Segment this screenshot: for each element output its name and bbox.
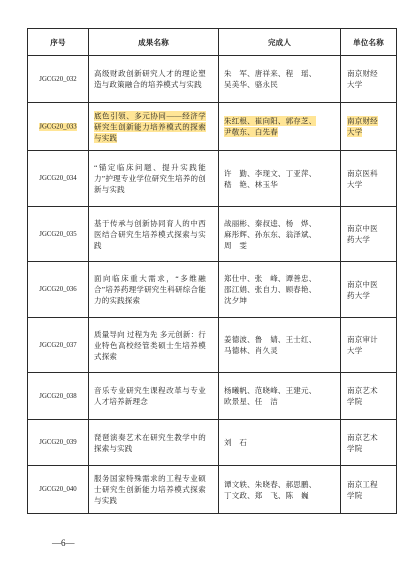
table-row: JGCG20_036 面向临床重大需求，“多维融合”培养药理学研究生科研综合能力… [28,262,397,318]
cell-title: 面向临床重大需求，“多维融合”培养药理学研究生科研综合能力的实践探索 [89,262,219,318]
cell-serial: JGCG20_036 [28,262,89,318]
table-row: JGCG20_038 音乐专业研究生课程改革与专业人才培养新理念 杨曦帆、范晓峰… [28,373,397,420]
cell-serial: JGCG20_034 [28,151,89,207]
cell-unit: 南京审计大学 [341,318,397,373]
table-row: JGCG20_034 “锚定临床问题、提升实践能力”护理专业学位研究生培养的创新… [28,151,397,207]
cell-serial: JGCG20_032 [28,56,89,103]
cell-unit: 南京艺术学院 [341,420,397,466]
cell-unit: 南京艺术学院 [341,373,397,420]
cell-title: “锚定临床问题、提升实践能力”护理专业学位研究生培养的创新与实践 [89,151,219,207]
cell-completers: 战丽彬、秦叔逵、杨 烨、麻彤辉、孙东东、翁泽斌、周 雯 [219,207,341,262]
table-row: JGCG20_039 琵琶演奏艺术在研究生教学中的探索与实践 刘 石 南京艺术学… [28,420,397,466]
table-row: JGCG20_040 服务国家特殊需求的工程专业硕士研究生创新能力培养模式探索与… [28,466,397,514]
cell-serial: JGCG20_038 [28,373,89,420]
cell-title: 底色引领、多元协同——经济学研究生创新能力培养模式的探索与实践 [89,103,219,151]
cell-serial: JGCG20_035 [28,207,89,262]
cell-unit: 南京财经大学 [341,103,397,151]
cell-serial: JGCG20_039 [28,420,89,466]
cell-unit: 南京中医药大学 [341,262,397,318]
cell-completers: 朱 军、唐祥来、程 瑶、吴美华、骆永民 [219,56,341,103]
col-header-serial-number: 序号 [28,29,89,56]
col-header-unit-name: 单位名称 [341,29,397,56]
cell-serial: JGCG20_037 [28,318,89,373]
cell-completers: 谭文轶、朱晓春、郝思鹏、丁文政、郑 飞、陈 巍 [219,466,341,514]
cell-completers: 杨曦帆、范晓峰、王建元、欧景星、任 洁 [219,373,341,420]
table-header-row: 序号 成果名称 完成人 单位名称 [28,29,397,56]
cell-serial: JGCG20_040 [28,466,89,514]
cell-title: 音乐专业研究生课程改革与专业人才培养新理念 [89,373,219,420]
results-table: 序号 成果名称 完成人 单位名称 JGCG20_032 高级财政创新研究人才的理… [27,28,397,514]
cell-unit: 南京工程学院 [341,466,397,514]
cell-title: 基于传承与创新协同育人的中西医结合研究生培养模式探索与实践 [89,207,219,262]
cell-serial: JGCG20_033 [28,103,89,151]
cell-unit: 南京财经大学 [341,56,397,103]
cell-title: 高级财政创新研究人才的理论塑造与政策融合的培养模式与实践 [89,56,219,103]
cell-title: 质量导向 过程为先 多元创新：行业特色高校经管类硕士生培养模式探索 [89,318,219,373]
page-number: —6— [52,538,75,548]
table-row: JGCG20_037 质量导向 过程为先 多元创新：行业特色高校经管类硕士生培养… [28,318,397,373]
cell-unit: 南京医科大学 [341,151,397,207]
document-page: 序号 成果名称 完成人 单位名称 JGCG20_032 高级财政创新研究人才的理… [0,0,416,566]
cell-completers: 许 勤、李现文、丁亚萍、嵇 艳、林玉华 [219,151,341,207]
cell-title: 服务国家特殊需求的工程专业硕士研究生创新能力培养模式探索与实践 [89,466,219,514]
cell-title: 琵琶演奏艺术在研究生教学中的探索与实践 [89,420,219,466]
cell-completers: 姜德波、鲁 婧、王士红、马德林、肖久灵 [219,318,341,373]
cell-completers: 朱红根、崔向阳、郭存芝、尹敬东、白先春 [219,103,341,151]
table-row: JGCG20_032 高级财政创新研究人才的理论塑造与政策融合的培养模式与实践 … [28,56,397,103]
cell-unit: 南京中医药大学 [341,207,397,262]
table-row: JGCG20_033 底色引领、多元协同——经济学研究生创新能力培养模式的探索与… [28,103,397,151]
cell-completers: 刘 石 [219,420,341,466]
table-row: JGCG20_035 基于传承与创新协同育人的中西医结合研究生培养模式探索与实践… [28,207,397,262]
col-header-achievement-name: 成果名称 [89,29,219,56]
col-header-completers: 完成人 [219,29,341,56]
cell-completers: 郑仕中、张 峰、谭善忠、邵江娟、张自力、顾春艳、沈夕坤 [219,262,341,318]
